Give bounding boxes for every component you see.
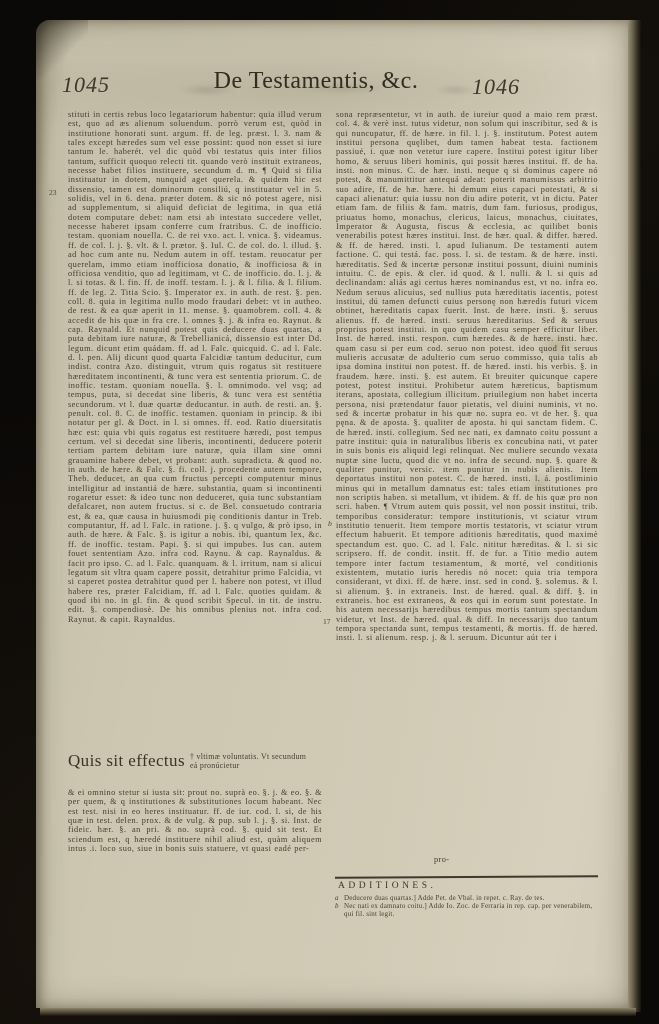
- margin-note-letter-b: b: [328, 519, 332, 528]
- left-column-text: stituti in certis rebus loco legatarioru…: [68, 110, 322, 753]
- folio-number-right: 1046: [472, 74, 520, 100]
- page-edge-bottom: [40, 1008, 636, 1016]
- running-title: De Testamentis, &c.: [166, 68, 466, 95]
- folio-number-left: 1045: [62, 72, 110, 98]
- section-heading-gloss: † vltimæ voluntatis. Vt secundum eá pron…: [190, 752, 308, 770]
- left-column-text-after-heading: & ei omnino stetur si iusta sit: prout n…: [68, 788, 322, 866]
- page-corner-shadow: [36, 20, 88, 80]
- margin-paragraph-number-left: 23: [49, 188, 57, 197]
- page-edge-right: [628, 20, 641, 1012]
- additiones-notes: a Deducere duas quartas.] Adde Pet. de V…: [335, 894, 598, 919]
- note-letter: b: [335, 902, 344, 918]
- section-heading: Quis sit effectus: [68, 752, 185, 770]
- note-letter: a: [335, 894, 344, 902]
- additiones-note-b: b Nec nati ex damnato coitu.] Adde Io. Z…: [335, 902, 598, 918]
- note-text: Deducere duas quartas.] Adde Pet. de Vba…: [344, 894, 598, 902]
- book-page: 1045 De Testamentis, &c. 1046 23 17 b st…: [36, 20, 628, 1008]
- note-text: Nec nati ex damnato coitu.] Adde Io. Zoc…: [344, 902, 598, 918]
- right-column-text: sona repræsentetur, vt in auth. de iurei…: [336, 110, 598, 850]
- additiones-note-a: a Deducere duas quartas.] Adde Pet. de V…: [335, 894, 598, 902]
- catchword: pro-: [434, 855, 449, 864]
- scan-background: 1045 De Testamentis, &c. 1046 23 17 b st…: [0, 0, 659, 1024]
- margin-paragraph-number-right: 17: [323, 617, 331, 626]
- additiones-rule: [335, 875, 598, 878]
- additiones-title: ADDITIONES.: [338, 881, 436, 891]
- section-heading-row: Quis sit effectus † vltimæ voluntatis. V…: [68, 752, 322, 770]
